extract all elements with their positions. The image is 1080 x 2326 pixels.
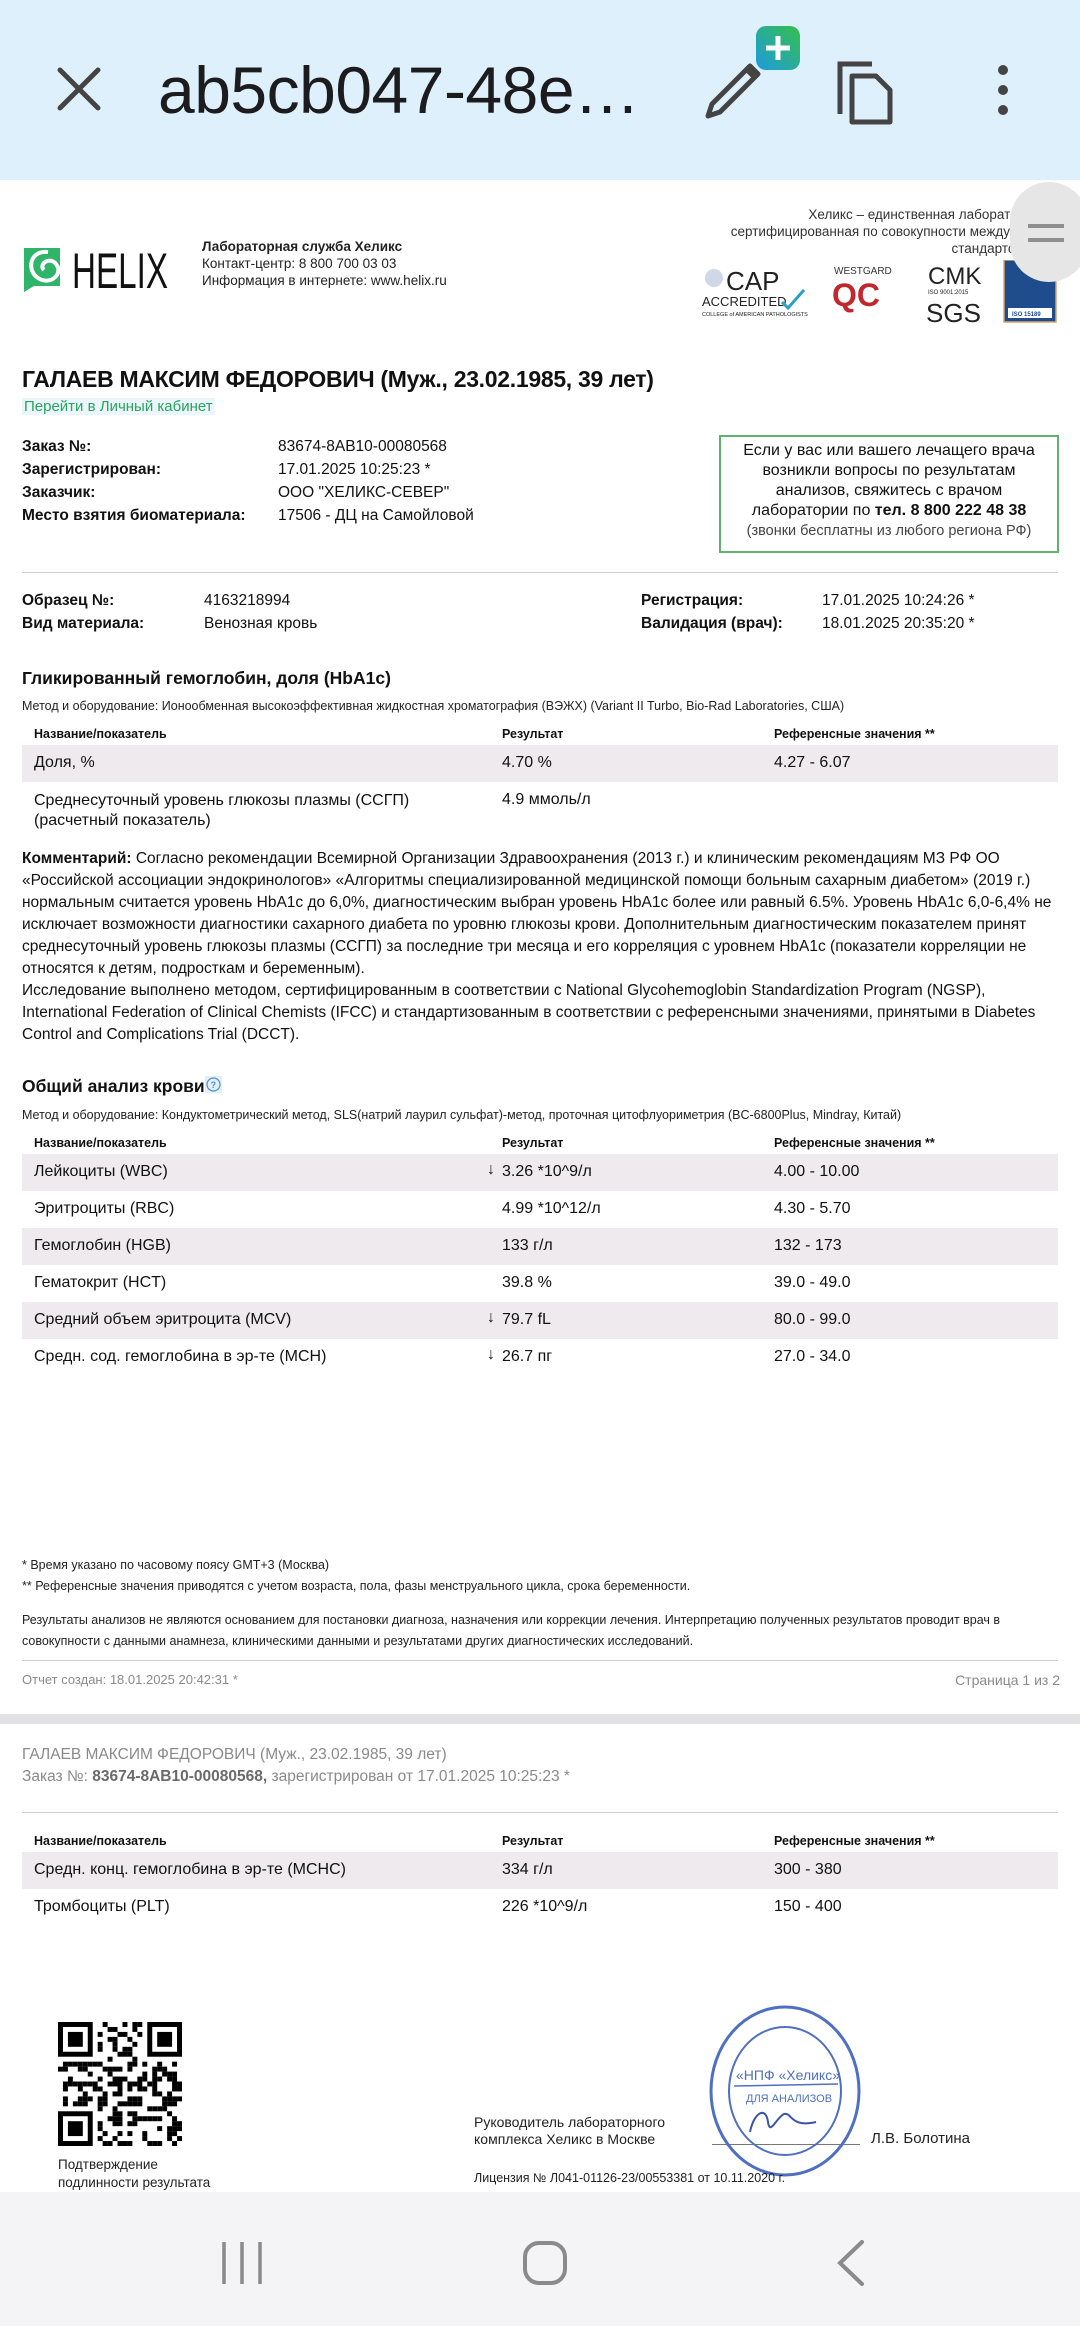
divider bbox=[22, 572, 1058, 573]
svg-text:ISO 15189: ISO 15189 bbox=[1012, 312, 1041, 318]
test-result: 4.99 *10^12/л bbox=[502, 1200, 601, 1218]
test-name: Средн. сод. гемоглобина в эр-те (MCH) bbox=[34, 1348, 326, 1366]
disclaimer: Результаты анализов не являются основани… bbox=[22, 1610, 1062, 1652]
close-icon[interactable] bbox=[52, 62, 106, 116]
below-range-arrow-icon: ↓ bbox=[487, 1346, 495, 1364]
report-created: Отчет создан: 18.01.2025 20:42:31 * bbox=[22, 1672, 238, 1687]
svg-text:CAP: CAP bbox=[726, 266, 779, 296]
document-title: ab5cb047-48e… bbox=[158, 52, 640, 128]
cbc-section-title: Общий анализ крови? bbox=[22, 1076, 222, 1097]
table-row: Лейкоциты (WBC)↓3.26 *10^9/л4.00 - 10.00 bbox=[22, 1154, 1058, 1191]
test-name: Эритроциты (RBC) bbox=[34, 1200, 174, 1218]
westgard-qc-logo: WESTGARD QC bbox=[832, 266, 892, 313]
table-row: Эритроциты (RBC)4.99 *10^12/л4.30 - 5.70 bbox=[22, 1191, 1058, 1228]
certification-text: Хеликс – единственная лаборатория сертиф… bbox=[640, 206, 1040, 257]
order-number: 83674-8AB10-00080568 bbox=[278, 438, 447, 456]
below-range-arrow-icon: ↓ bbox=[487, 1309, 495, 1327]
test-name: Средн. конц. гемоглобина в эр-те (MCHC) bbox=[34, 1861, 346, 1879]
timezone-footnote: * Время указано по часовому поясу GMT+3 … bbox=[22, 1558, 329, 1572]
table-row: Гематокрит (HCT)39.8 %39.0 - 49.0 bbox=[22, 1265, 1058, 1302]
order-number-row: Заказ №: 83674-8AB10-00080568 bbox=[22, 438, 622, 460]
test-result: 39.8 % bbox=[502, 1274, 552, 1292]
hba1c-method: Метод и оборудование: Ионообменная высок… bbox=[22, 699, 844, 713]
below-range-arrow-icon: ↓ bbox=[487, 1161, 495, 1179]
license-info: Лицензия № Л041-01126-23/00553381 от 10.… bbox=[474, 2171, 785, 2185]
test-name: Гематокрит (HCT) bbox=[34, 1274, 166, 1292]
material-row: Вид материала: Венозная кровь bbox=[22, 615, 622, 637]
hba1c-comment: Комментарий: Согласно рекомендации Всеми… bbox=[22, 848, 1062, 1046]
svg-text:ACCREDITED: ACCREDITED bbox=[702, 294, 787, 309]
more-vert-icon[interactable] bbox=[992, 64, 1014, 116]
question-circle-icon[interactable]: ? bbox=[205, 1076, 222, 1093]
svg-text:HELIX: HELIX bbox=[72, 243, 168, 296]
lab-website: Информация в интернете: www.helix.ru bbox=[202, 272, 447, 289]
test-name: Средний объем эритроцита (MCV) bbox=[34, 1311, 291, 1329]
cbc-method: Метод и оборудование: Кондуктометрически… bbox=[22, 1108, 901, 1122]
reference-range: 4.00 - 10.00 bbox=[774, 1163, 859, 1181]
test-result: 133 г/л bbox=[502, 1237, 553, 1255]
scroll-handle[interactable] bbox=[1010, 182, 1080, 282]
hba1c-section-title: Гликированный гемоглобин, доля (HbA1c) bbox=[22, 668, 391, 689]
test-result: 226 *10^9/л bbox=[502, 1898, 587, 1916]
reference-range: 4.30 - 5.70 bbox=[774, 1200, 851, 1218]
table-row: Средн. конц. гемоглобина в эр-те (MCHC)3… bbox=[22, 1852, 1058, 1889]
svg-text:SGS: SGS bbox=[926, 298, 981, 328]
table-row: Среднесуточный уровень глюкозы плазмы (С… bbox=[22, 782, 1058, 830]
lab-contact-phone: Контакт-центр: 8 800 700 03 03 bbox=[202, 255, 447, 272]
page-separator bbox=[0, 1714, 1080, 1724]
cbc-table-header: Название/показатель Результат Референсны… bbox=[22, 1136, 1058, 1156]
reference-range: 300 - 380 bbox=[774, 1861, 842, 1879]
app-bar: ab5cb047-48e… bbox=[0, 0, 1080, 180]
reference-range: 27.0 - 34.0 bbox=[774, 1348, 851, 1366]
page2-patient-name: ГАЛАЕВ МАКСИМ ФЕДОРОВИЧ (Муж., 23.02.198… bbox=[22, 1746, 447, 1764]
reference-range: 150 - 400 bbox=[774, 1898, 842, 1916]
qr-caption: Подтверждение подлинности результата bbox=[58, 2156, 210, 2192]
system-nav-bar bbox=[0, 2192, 1080, 2326]
svg-text:COLLEGE of AMERICAN PATHOLOGIS: COLLEGE of AMERICAN PATHOLOGISTS bbox=[702, 312, 808, 318]
patient-name: ГАЛАЕВ МАКСИМ ФЕДОРОВИЧ (Муж., 23.02.198… bbox=[22, 366, 654, 393]
page2-order-info: Заказ №: 83674-8AB10-00080568, зарегистр… bbox=[22, 1768, 570, 1786]
company-stamp: «НПФ «Хеликс» ДЛЯ АНАЛИЗОВ bbox=[706, 2002, 864, 2180]
test-result: 3.26 *10^9/л bbox=[502, 1163, 592, 1181]
collection-site-row: Место взятия биоматериала: 17506 - ДЦ на… bbox=[22, 507, 622, 529]
doctor-phone[interactable]: тел. 8 800 222 48 38 bbox=[875, 502, 1026, 519]
test-result: 79.7 fL bbox=[502, 1311, 551, 1329]
personal-account-link[interactable]: Перейти в Личный кабинет bbox=[22, 398, 215, 415]
divider bbox=[22, 1812, 1058, 1813]
handle-line bbox=[1028, 224, 1064, 228]
svg-text:«НПФ «Хеликс»: «НПФ «Хеликс» bbox=[736, 2067, 840, 2083]
copy-icon[interactable] bbox=[834, 58, 896, 128]
svg-text:ДЛЯ АНАЛИЗОВ: ДЛЯ АНАЛИЗОВ bbox=[746, 2093, 832, 2105]
svg-text:?: ? bbox=[210, 1080, 216, 1090]
svg-text:WESTGARD: WESTGARD bbox=[834, 266, 892, 277]
lab-contact-info: Лабораторная служба Хеликс Контакт-центр… bbox=[202, 238, 447, 289]
svg-text:CMK: CMK bbox=[928, 263, 981, 290]
page2-table-header: Название/показатель Результат Референсны… bbox=[22, 1834, 1058, 1854]
lab-name: Лабораторная служба Хеликс bbox=[202, 238, 447, 255]
reference-range: 39.0 - 49.0 bbox=[774, 1274, 851, 1292]
svg-text:QC: QC bbox=[832, 277, 880, 313]
sample-number-row: Образец №: 4163218994 bbox=[22, 592, 622, 614]
signer-role: Руководитель лабораторного комплекса Хел… bbox=[474, 2114, 665, 2148]
table-row: Средний объем эритроцита (MCV)↓79.7 fL80… bbox=[22, 1302, 1058, 1339]
signer-name: Л.В. Болотина bbox=[871, 2130, 970, 2147]
hba1c-table-header: Название/показатель Результат Референсны… bbox=[22, 727, 1058, 747]
doctor-contact-box: Если у вас или вашего лечащего врача воз… bbox=[719, 435, 1059, 553]
qr-code[interactable] bbox=[58, 2022, 182, 2146]
table-row: Доля, % 4.70 % 4.27 - 6.07 bbox=[22, 745, 1058, 782]
page-number: Страница 1 из 2 bbox=[955, 1672, 1060, 1688]
table-row: Гемоглобин (HGB)133 г/л132 - 173 bbox=[22, 1228, 1058, 1265]
test-name: Лейкоциты (WBC) bbox=[34, 1163, 168, 1181]
test-name: Тромбоциты (PLT) bbox=[34, 1898, 170, 1916]
reference-range: 132 - 173 bbox=[774, 1237, 842, 1255]
registered-row: Зарегистрирован: 17.01.2025 10:25:23 * bbox=[22, 461, 622, 483]
table-row: Средн. сод. гемоглобина в эр-те (MCH)↓26… bbox=[22, 1339, 1058, 1376]
registration-row: Регистрация: 17.01.2025 10:24:26 * bbox=[641, 592, 1041, 614]
smk-sgs-logo: CMK ISO 9001:2015 SGS bbox=[926, 263, 981, 328]
edit-plus-icon[interactable] bbox=[700, 24, 804, 124]
reference-range: 80.0 - 99.0 bbox=[774, 1311, 851, 1329]
cap-accredited-logo: CAP ACCREDITED COLLEGE of AMERICAN PATHO… bbox=[702, 266, 808, 318]
handle-line bbox=[1028, 238, 1064, 242]
test-result: 334 г/л bbox=[502, 1861, 553, 1879]
test-result: 26.7 пг bbox=[502, 1348, 552, 1366]
divider bbox=[22, 1660, 1058, 1661]
helix-logo: HELIX bbox=[20, 242, 170, 296]
validation-row: Валидация (врач): 18.01.2025 20:35:20 * bbox=[641, 615, 1041, 637]
recent-apps-icon[interactable] bbox=[220, 2240, 264, 2286]
reference-footnote: ** Референсные значения приводятся с уче… bbox=[22, 1579, 690, 1593]
back-icon[interactable] bbox=[834, 2240, 868, 2286]
test-name: Гемоглобин (HGB) bbox=[34, 1237, 171, 1255]
home-icon[interactable] bbox=[522, 2240, 568, 2286]
customer-row: Заказчик: ООО "ХЕЛИКС-СЕВЕР" bbox=[22, 484, 622, 506]
svg-text:ISO 9001:2015: ISO 9001:2015 bbox=[928, 290, 969, 296]
table-row: Тромбоциты (PLT)226 *10^9/л150 - 400 bbox=[22, 1889, 1058, 1926]
